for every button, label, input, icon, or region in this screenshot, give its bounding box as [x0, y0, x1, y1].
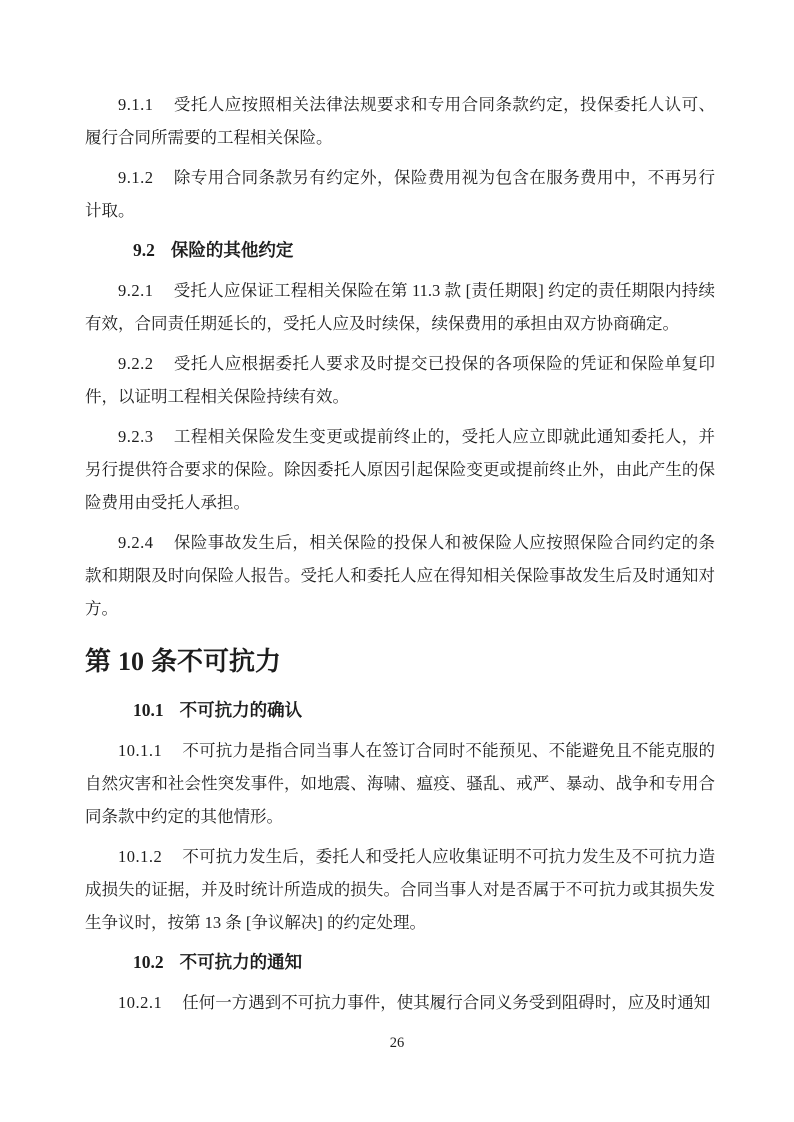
clause-number: 9.2.2 [118, 354, 154, 373]
clause-text: 任何一方遇到不可抗力事件，使其履行合同义务受到阻碍时，应及时通知 [182, 993, 710, 1012]
document-content: 9.1.1受托人应按照相关法律法规要求和专用合同条款约定，投保委托人认可、履行合… [85, 88, 715, 1019]
section-title: 保险的其他约定 [171, 240, 294, 260]
clause-paragraph: 10.1.1不可抗力是指合同当事人在签订合同时不能预见、不能避免且不能克服的自然… [85, 734, 715, 833]
clause-number: 10.1.2 [118, 847, 162, 866]
clause-number: 9.2.3 [118, 427, 154, 446]
section-heading: 9.2保险的其他约定 [133, 234, 715, 267]
section-heading: 10.1不可抗力的确认 [133, 694, 715, 727]
clause-text: 除专用合同条款另有约定外，保险费用视为包含在服务费用中，不再另行计取。 [85, 168, 715, 220]
clause-paragraph: 10.2.1任何一方遇到不可抗力事件，使其履行合同义务受到阻碍时，应及时通知 [85, 986, 715, 1019]
section-number: 10.1 [133, 700, 164, 720]
chapter-prefix: 第 [85, 646, 111, 676]
section-title: 不可抗力的确认 [180, 700, 303, 720]
section-number: 9.2 [133, 240, 155, 260]
clause-paragraph: 9.2.3工程相关保险发生变更或提前终止的，受托人应立即就此通知委托人，并另行提… [85, 420, 715, 519]
clause-text: 保险事故发生后，相关保险的投保人和被保险人应按照保险合同约定的条款和期限及时向保… [85, 533, 715, 618]
page-number: 26 [390, 1035, 405, 1051]
clause-text: 工程相关保险发生变更或提前终止的，受托人应立即就此通知委托人，并另行提供符合要求… [85, 427, 715, 512]
section-number: 10.2 [133, 952, 164, 972]
clause-number: 10.1.1 [118, 741, 162, 760]
clause-paragraph: 9.1.1受托人应按照相关法律法规要求和专用合同条款约定，投保委托人认可、履行合… [85, 88, 715, 154]
chapter-heading: 第10条不可抗力 [85, 641, 715, 682]
clause-number: 9.2.4 [118, 533, 154, 552]
clause-text: 受托人应按照相关法律法规要求和专用合同条款约定，投保委托人认可、履行合同所需要的… [85, 95, 715, 147]
document-page: 9.1.1受托人应按照相关法律法规要求和专用合同条款约定，投保委托人认可、履行合… [0, 0, 794, 1122]
section-heading: 10.2不可抗力的通知 [133, 946, 715, 979]
clause-number: 9.1.1 [118, 95, 154, 114]
clause-paragraph: 10.1.2不可抗力发生后，委托人和受托人应收集证明不可抗力发生及不可抗力造成损… [85, 840, 715, 939]
section-title: 不可抗力的通知 [180, 952, 303, 972]
clause-paragraph: 9.1.2除专用合同条款另有约定外，保险费用视为包含在服务费用中，不再另行计取。 [85, 161, 715, 227]
clause-number: 9.1.2 [118, 168, 154, 187]
chapter-title: 条不可抗力 [151, 646, 281, 676]
clause-text: 不可抗力是指合同当事人在签订合同时不能预见、不能避免且不能克服的自然灾害和社会性… [85, 741, 715, 826]
clause-text: 不可抗力发生后，委托人和受托人应收集证明不可抗力发生及不可抗力造成损失的证据，并… [85, 847, 715, 932]
clause-text: 受托人应根据委托人要求及时提交已投保的各项保险的凭证和保险单复印件，以证明工程相… [85, 354, 715, 406]
clause-number: 9.2.1 [118, 281, 154, 300]
clause-text: 受托人应保证工程相关保险在第 11.3 款 [责任期限] 约定的责任期限内持续有… [85, 281, 715, 333]
chapter-number: 10 [118, 647, 144, 676]
clause-paragraph: 9.2.2受托人应根据委托人要求及时提交已投保的各项保险的凭证和保险单复印件，以… [85, 347, 715, 413]
page-footer: 26 [0, 1033, 794, 1053]
clause-paragraph: 9.2.1受托人应保证工程相关保险在第 11.3 款 [责任期限] 约定的责任期… [85, 274, 715, 340]
clause-number: 10.2.1 [118, 993, 162, 1012]
clause-paragraph: 9.2.4保险事故发生后，相关保险的投保人和被保险人应按照保险合同约定的条款和期… [85, 526, 715, 625]
